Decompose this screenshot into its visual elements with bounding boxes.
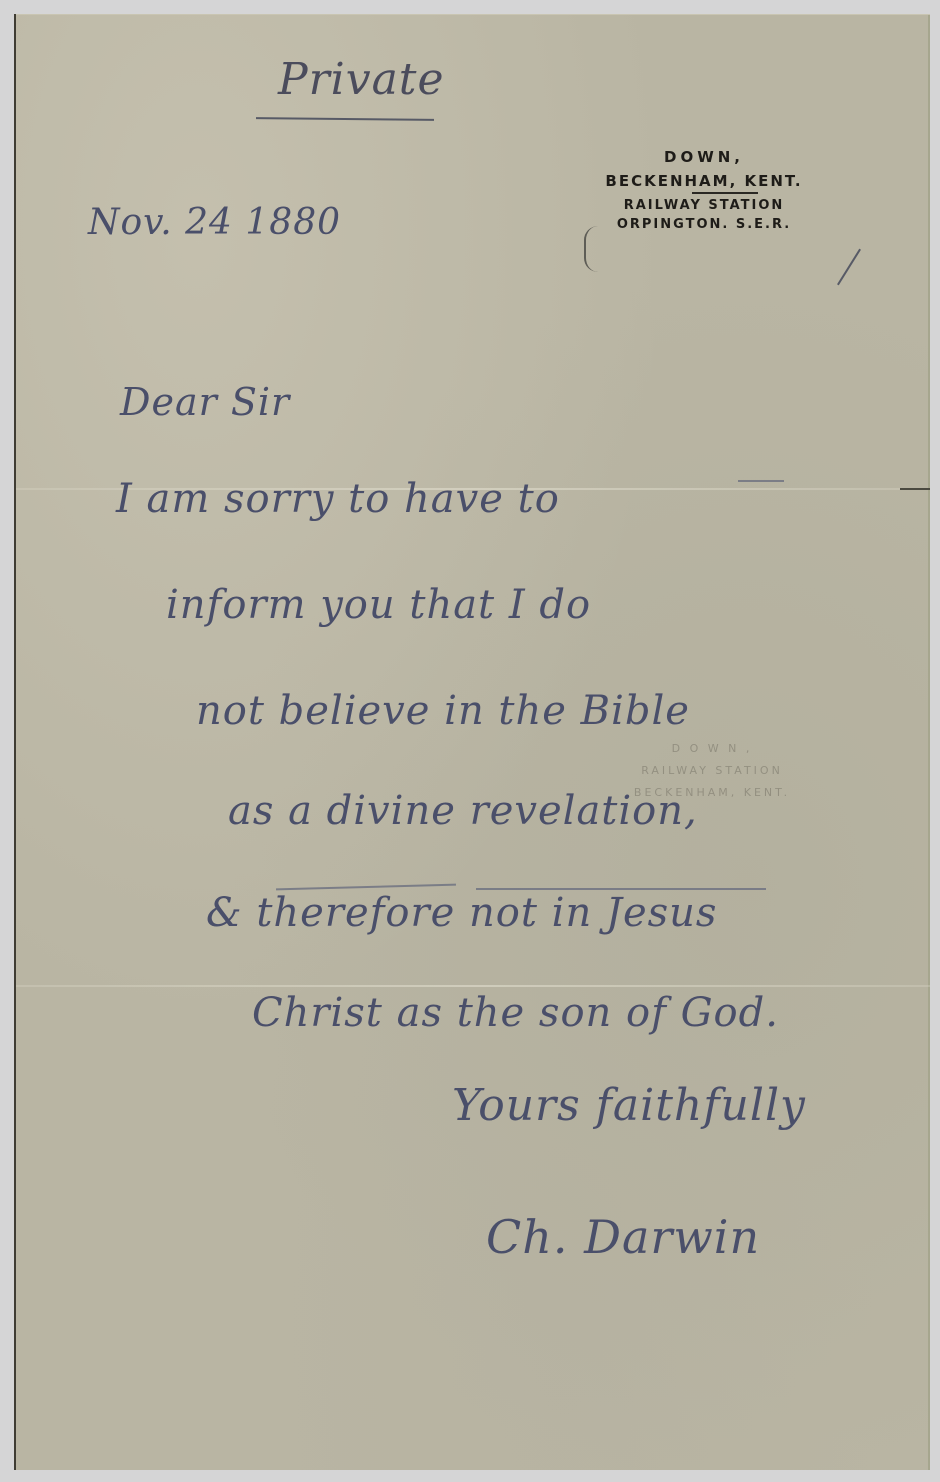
letterhead-line-1: DOWN,	[584, 148, 824, 166]
salutation: Dear Sir	[120, 380, 290, 424]
body-line-1: I am sorry to have to	[116, 476, 560, 522]
letterhead-line-3: RAILWAY STATION	[584, 198, 824, 213]
letter-date: Nov. 24 1880	[88, 202, 341, 243]
letterhead-brace	[584, 226, 600, 272]
signature: Ch. Darwin	[486, 1210, 760, 1264]
letterhead: DOWN, BECKENHAM, KENT. RAILWAY STATION O…	[584, 148, 824, 232]
fold-line-lower	[16, 985, 930, 987]
letter-sheet: Private Nov. 24 1880 DOWN, BECKENHAM, KE…	[14, 14, 930, 1470]
body-line-2: inform you that I do	[166, 582, 591, 628]
pen-stroke-mark	[837, 249, 861, 286]
private-mark: Private	[278, 54, 445, 105]
show-through-line-1: D O W N ,	[612, 738, 812, 760]
letterhead-line-4: ORPINGTON. S.E.R.	[584, 217, 824, 232]
letterhead-line-2: BECKENHAM, KENT.	[584, 172, 824, 190]
body-line-3: not believe in the Bible	[196, 688, 690, 734]
show-through-line-2: RAILWAY STATION	[612, 760, 812, 782]
body-line-6: Christ as the son of God.	[252, 990, 779, 1036]
body-line-5: & therefore not in Jesus	[206, 890, 717, 936]
closing: Yours faithfully	[452, 1080, 806, 1131]
ink-overline	[738, 480, 784, 482]
letterhead-rule	[692, 192, 758, 194]
fold-tick-right	[900, 488, 930, 490]
private-underline	[256, 117, 434, 121]
body-line-4: as a divine revelation,	[228, 788, 698, 834]
